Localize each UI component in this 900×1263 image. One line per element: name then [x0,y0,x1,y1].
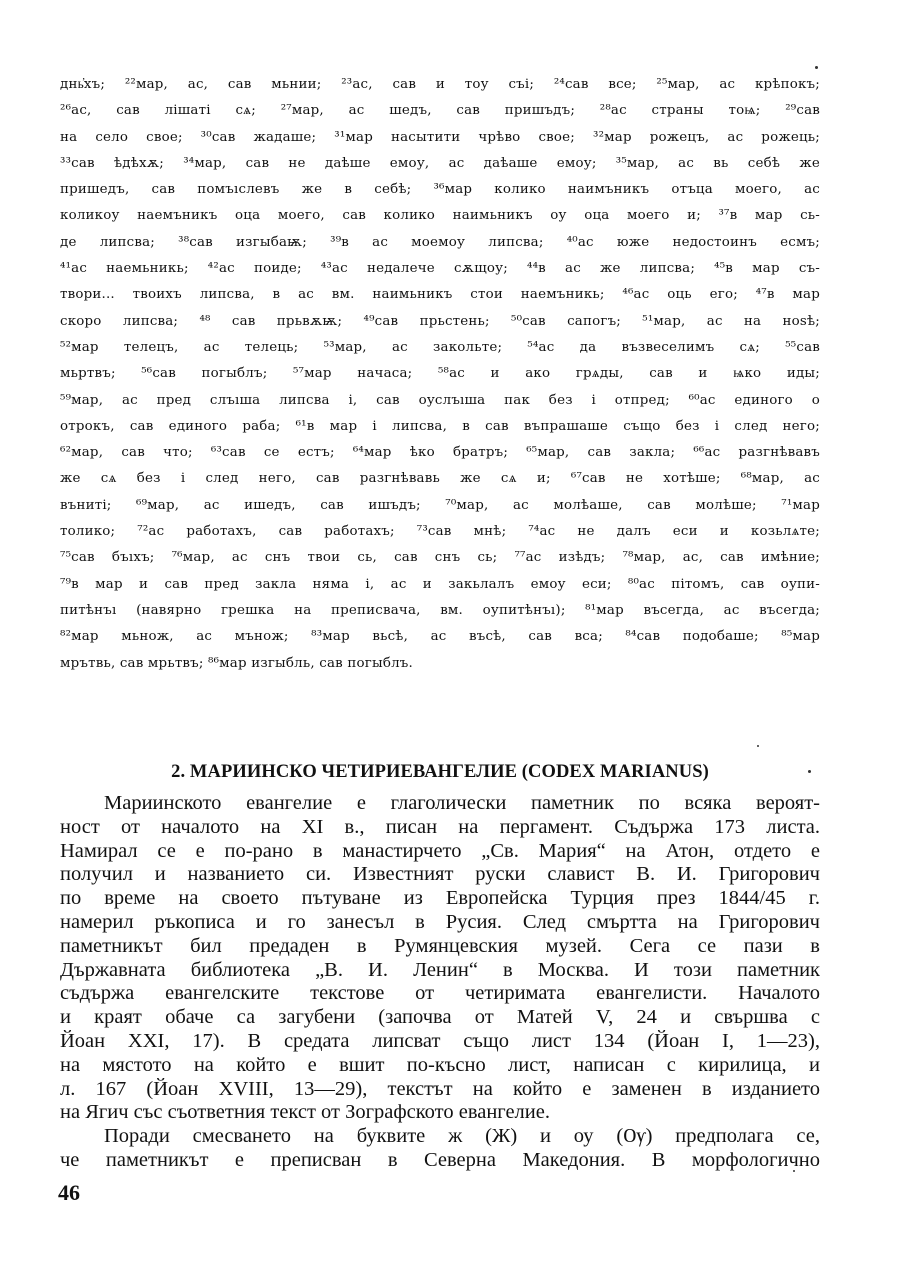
prose-line: паметникът бил предаден в Румянцевския м… [60,935,820,959]
parallel-text-line: ⁷⁹в мар и сав пред закла няма і, ас и за… [60,572,820,598]
parallel-text-line: твори... твоихъ липсва, в ас вм. наимьни… [60,282,820,308]
parallel-text-line: коликоу наемъникъ оца моего, сав колико … [60,203,820,229]
parallel-text-line: ³³сав ѣдѣхѫ; ³⁴мар, сав не даѣше емоу, а… [60,151,820,177]
parallel-text-line: де липсва; ³⁸сав изгыбаѭ; ³⁹в ас моемоу … [60,230,820,256]
parallel-text-line: въниті; ⁶⁹мар, ас ишедъ, сав ишъдъ; ⁷⁰ма… [60,493,820,519]
prose-line: и краят обаче са загубени (започва от Ма… [60,1006,820,1030]
prose-line: намерил ръкописа и го занесъл в Русия. С… [60,911,820,935]
scan-speck [757,745,759,747]
prose-line: Йоан XXI, 17). В средата липсват също ли… [60,1030,820,1054]
parallel-text-line: пришедъ, сав помъıслевъ же в себѣ; ³⁶мар… [60,177,820,203]
parallel-text-line: ⁵²мар телецъ, ас телець; ⁵³мар, ас закол… [60,335,820,361]
prose-line: по време на своето пътуване из Европейск… [60,887,820,911]
parallel-text-line: скоро липсва; ⁴⁸ сав прьвѫѭ; ⁴⁹сав прьст… [60,309,820,335]
scan-speck [808,770,811,773]
prose-line: л. 167 (Йоан XVIII, 13—29), текстът на к… [60,1078,820,1102]
parallel-text-line: ⁵⁹мар, ас пред слъıша липсва і, сав оусл… [60,388,820,414]
parallel-text-line: толико; ⁷²ас работахъ, сав работахъ; ⁷³с… [60,519,820,545]
prose-line: на Ягич със съответния текст от Зографск… [60,1101,820,1125]
parallel-text-line: днь҆хъ; ²²мар, ас, сав мьнии; ²³ас, сав … [60,72,820,98]
parallel-text-line: ⁶²мар, сав что; ⁶³сав се естъ; ⁶⁴мар ѣко… [60,440,820,466]
parallel-text-line: мрътвь, сав мрьтвъ; ⁸⁶мар изгыбль, сав п… [60,651,820,677]
prose-line: съдържа евангелските текстове от четирим… [60,982,820,1006]
prose-line: на мястото на който е вшит по-късно лист… [60,1054,820,1078]
page-number: 46 [58,1180,80,1206]
parallel-text-line: ²⁶ас, сав лішаті сѧ; ²⁷мар, ас шедъ, сав… [60,98,820,124]
prose-line: Поради смесването на буквите ж (Ж) и оу … [60,1125,820,1149]
parallel-text-line: отрокъ, сав единого раба; ⁶¹в мар і липс… [60,414,820,440]
book-page: днь҆хъ; ²²мар, ас, сав мьнии; ²³ас, сав … [60,72,820,677]
parallel-text-line: же сѧ без і след него, сав разгнѣвавь же… [60,466,820,492]
prose-paragraphs: Мариинското евангелие е глаголически пам… [60,792,820,1173]
prose-line: ност от началото на XI в., писан на перг… [60,816,820,840]
prose-line: Мариинското евангелие е глаголически пам… [60,792,820,816]
prose-line: Намирал се е по-рано в манастирчето „Св.… [60,840,820,864]
section-heading: 2. МАРИИНСКО ЧЕТИРИЕВАНГЕЛИЕ (CODEX MARI… [60,762,820,783]
scan-speck [793,1170,795,1172]
prose-line: получил и названието си. Известният руск… [60,863,820,887]
prose-line: че паметникът е преписван в Северна Маке… [60,1149,820,1173]
parallel-text-line: ⁷⁵сав бъıхъ; ⁷⁶мар, ас снъ твои сь, сав … [60,545,820,571]
prose-line: Държавната библиотека „В. И. Ленин“ в Мо… [60,959,820,983]
parallel-text-line: мьртвъ; ⁵⁶сав погыблъ; ⁵⁷мар начаса; ⁵⁸а… [60,361,820,387]
parallel-text-line: ⁸²мар мьнож, ас мънож; ⁸³мар вьсѣ, ас въ… [60,624,820,650]
parallel-text-line: на село свое; ³⁰сав жадаше; ³¹мар насыти… [60,125,820,151]
parallel-text-line: ⁴¹ас наемьникь; ⁴²ас поиде; ⁴³ас недалеч… [60,256,820,282]
parallel-text-line: питѣнъı (навярно грешка на преписвача, в… [60,598,820,624]
scan-speck [815,66,818,69]
parallel-readings-block: днь҆хъ; ²²мар, ас, сав мьнии; ²³ас, сав … [60,72,820,677]
